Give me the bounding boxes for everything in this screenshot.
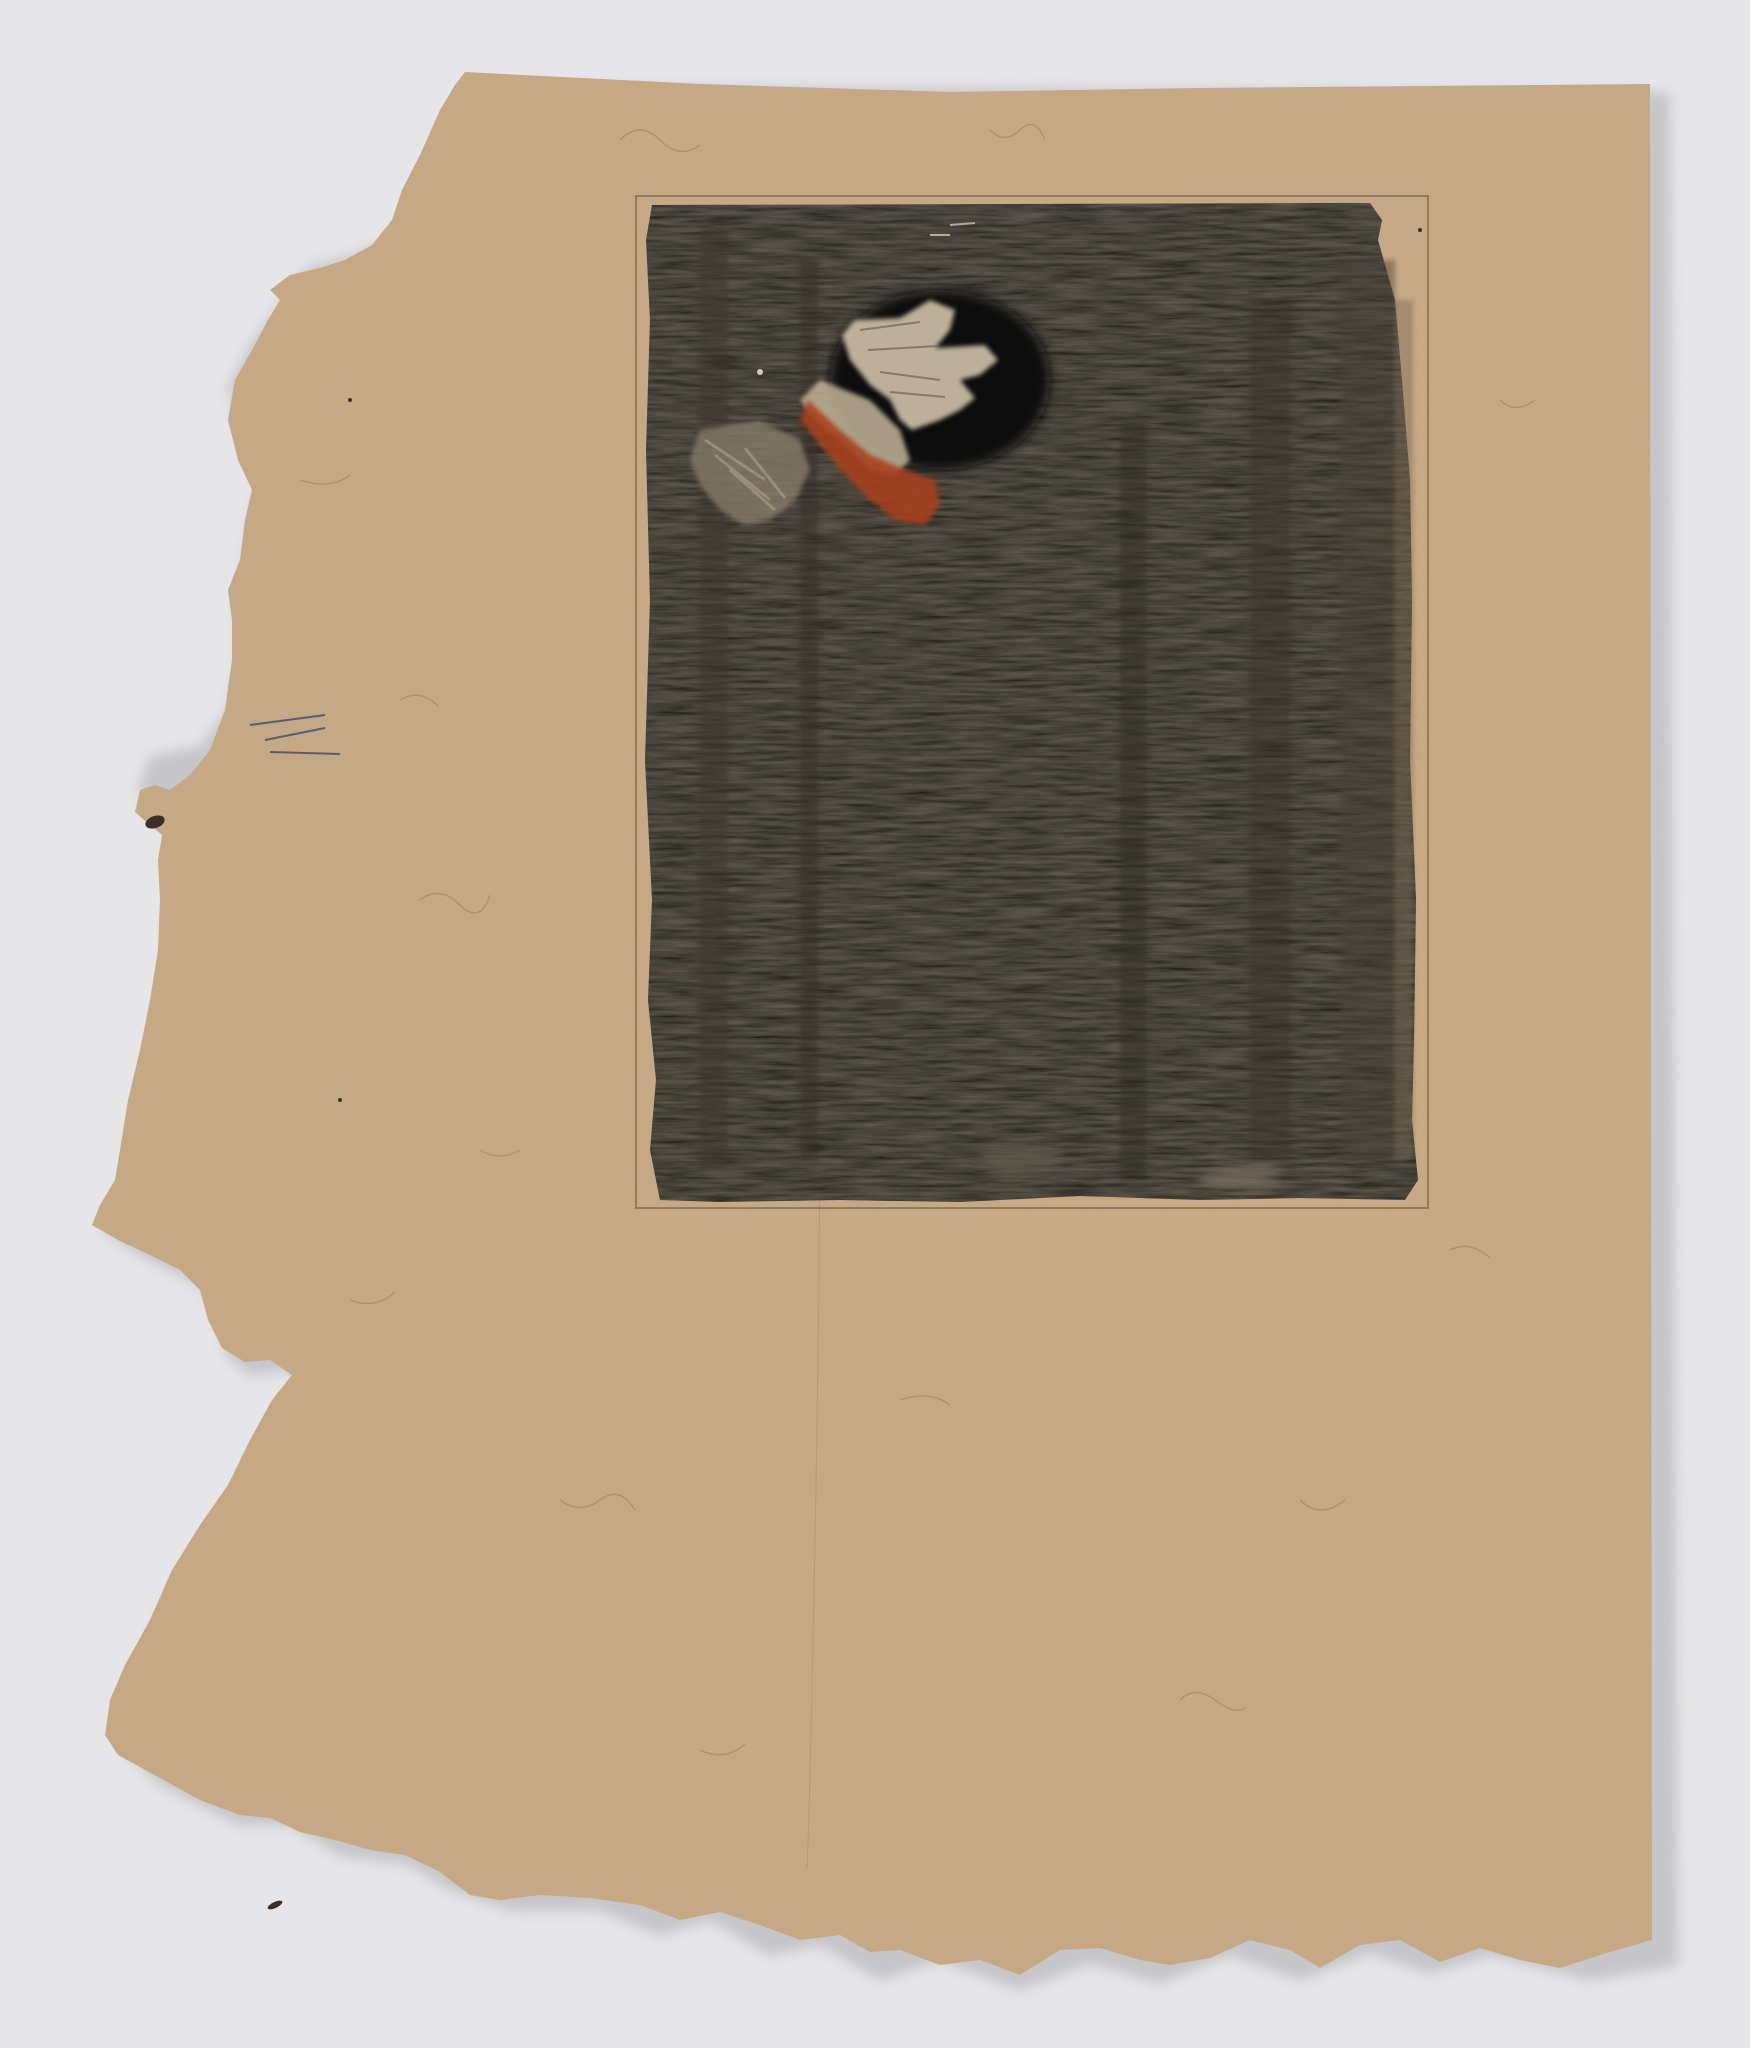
monotype-plate xyxy=(636,196,1428,1208)
ink-highlight-dot xyxy=(757,369,763,375)
ink-light-patch xyxy=(980,1142,1060,1178)
artwork-photo xyxy=(0,0,1750,2048)
ink-light-patch xyxy=(1200,1164,1280,1192)
artwork-canvas xyxy=(0,0,1750,2048)
